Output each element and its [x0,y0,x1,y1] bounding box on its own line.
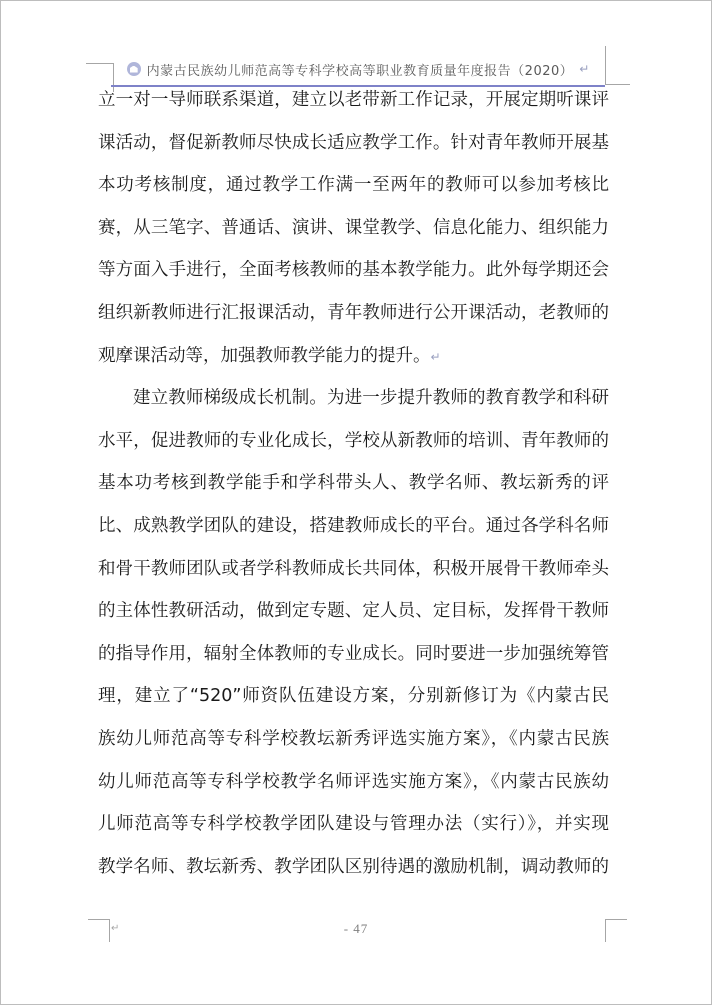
body-line[interactable]: 理，建立了“520”师资队伍建设方案，分别新修订为《内蒙古民 [98,675,609,718]
paragraph-mark-icon: ↵ [579,62,589,76]
body-line-text: 理，建立了“520”师资队伍建设方案，分别新修订为《内蒙古民 [98,686,609,706]
body-line-text: 课活动，督促新教师尽快成长适应教学工作。针对青年教师开展基 [98,133,609,153]
body-line-text: 赛，从三笔字、普通话、演讲、课堂教学、信息化能力、组织能力 [98,218,609,238]
document-body[interactable]: 立一对一导师联系渠道，建立以老带新工作记录，开展定期听课评 课活动，督促新教师尽… [98,79,609,888]
body-line[interactable]: 的主体性教研活动，做到定专题、定人员、定目标，发挥骨干教师 [98,590,609,633]
body-line[interactable]: 的指导作用，辐射全体教师的专业成长。同时要进一步加强统筹管 [98,633,609,676]
body-line[interactable]: 课活动，督促新教师尽快成长适应教学工作。针对青年教师开展基 [98,122,609,165]
body-line-text: 族幼儿师范高等专科学校教坛新秀评选实施方案》，《内蒙古民族 [98,729,609,749]
body-line-text: 和骨干教师团队或者学科教师成长共同体，积极开展骨干教师牵头 [98,559,609,579]
body-line[interactable]: 观摩课活动等，加强教师教学能力的提升。↵ [98,335,609,378]
paragraph-mark-icon: ↵ [431,350,441,364]
body-line-text: 建立教师梯级成长机制。为进一步提升教师的教育教学和科研 [133,388,609,408]
body-line[interactable]: 和骨干教师团队或者学科教师成长共同体，积极开展骨干教师牵头 [98,548,609,591]
body-line[interactable]: 教学名师、教坛新秀、教学团队区别待遇的激励机制，调动教师的 [98,846,609,889]
body-line[interactable]: 建立教师梯级成长机制。为进一步提升教师的教育教学和科研 [98,377,609,420]
body-line-text: 教学名师、教坛新秀、教学团队区别待遇的激励机制，调动教师的 [98,857,609,877]
body-line[interactable]: 族幼儿师范高等专科学校教坛新秀评选实施方案》，《内蒙古民族 [98,718,609,761]
page-footer: - 47 [1,921,711,937]
body-line-text: 的指导作用，辐射全体教师的专业成长。同时要进一步加强统筹管 [98,644,609,664]
body-line[interactable]: 立一对一导师联系渠道，建立以老带新工作记录，开展定期听课评 [98,79,609,122]
body-line-text: 儿师范高等专科学校教学团队建设与管理办法（实行）》，并实现 [98,814,609,834]
header-title: 内蒙古民族幼儿师范高等专科学校高等职业教育质量年度报告（2020） [147,60,574,79]
page-number: - 47 [344,921,369,936]
body-line[interactable]: 赛，从三笔字、普通话、演讲、课堂教学、信息化能力、组织能力 [98,207,609,250]
body-line-text: 本功考核制度，通过教学工作满一至两年的教师可以参加考核比 [98,175,609,195]
body-line[interactable]: 本功考核制度，通过教学工作满一至两年的教师可以参加考核比 [98,164,609,207]
body-line-text: 的主体性教研活动，做到定专题、定人员、定目标，发挥骨干教师 [98,601,609,621]
body-line-text: 比、成熟教学团队的建设，搭建教师成长的平台。通过各学科名师 [98,516,609,536]
body-line[interactable]: 基本功考核到教学能手和学科带头人、教学名师、教坛新秀的评 [98,462,609,505]
body-line-text: 等方面入手进行，全面考核教师的基本教学能力。此外每学期还会 [98,260,609,280]
body-line-text: 立一对一导师联系渠道，建立以老带新工作记录，开展定期听课评 [98,90,609,110]
body-line-text: 水平，促进教师的专业化成长，学校从新教师的培训、青年教师的 [98,431,609,451]
body-line[interactable]: 水平，促进教师的专业化成长，学校从新教师的培训、青年教师的 [98,420,609,463]
body-line-text: 组织新教师进行汇报课活动，青年教师进行公开课活动，老教师的 [98,303,609,323]
body-line-text: 幼儿师范高等专科学校教学名师评选实施方案》，《内蒙古民族幼 [98,772,609,792]
body-line-text: 基本功考核到教学能手和学科带头人、教学名师、教坛新秀的评 [98,473,609,493]
school-badge-icon [127,62,141,76]
body-line[interactable]: 儿师范高等专科学校教学团队建设与管理办法（实行）》，并实现 [98,803,609,846]
body-line[interactable]: 幼儿师范高等专科学校教学名师评选实施方案》，《内蒙古民族幼 [98,761,609,804]
body-line[interactable]: 组织新教师进行汇报课活动，青年教师进行公开课活动，老教师的 [98,292,609,335]
document-page: 内蒙古民族幼儿师范高等专科学校高等职业教育质量年度报告（2020） ↵ 立一对一… [0,0,712,1005]
body-line-text: 观摩课活动等，加强教师教学能力的提升。 [98,346,431,366]
paragraph[interactable]: 立一对一导师联系渠道，建立以老带新工作记录，开展定期听课评 课活动，督促新教师尽… [98,79,609,377]
body-line[interactable]: 比、成熟教学团队的建设，搭建教师成长的平台。通过各学科名师 [98,505,609,548]
paragraph[interactable]: 建立教师梯级成长机制。为进一步提升教师的教育教学和科研 水平，促进教师的专业化成… [98,377,609,888]
body-line[interactable]: 等方面入手进行，全面考核教师的基本教学能力。此外每学期还会 [98,249,609,292]
